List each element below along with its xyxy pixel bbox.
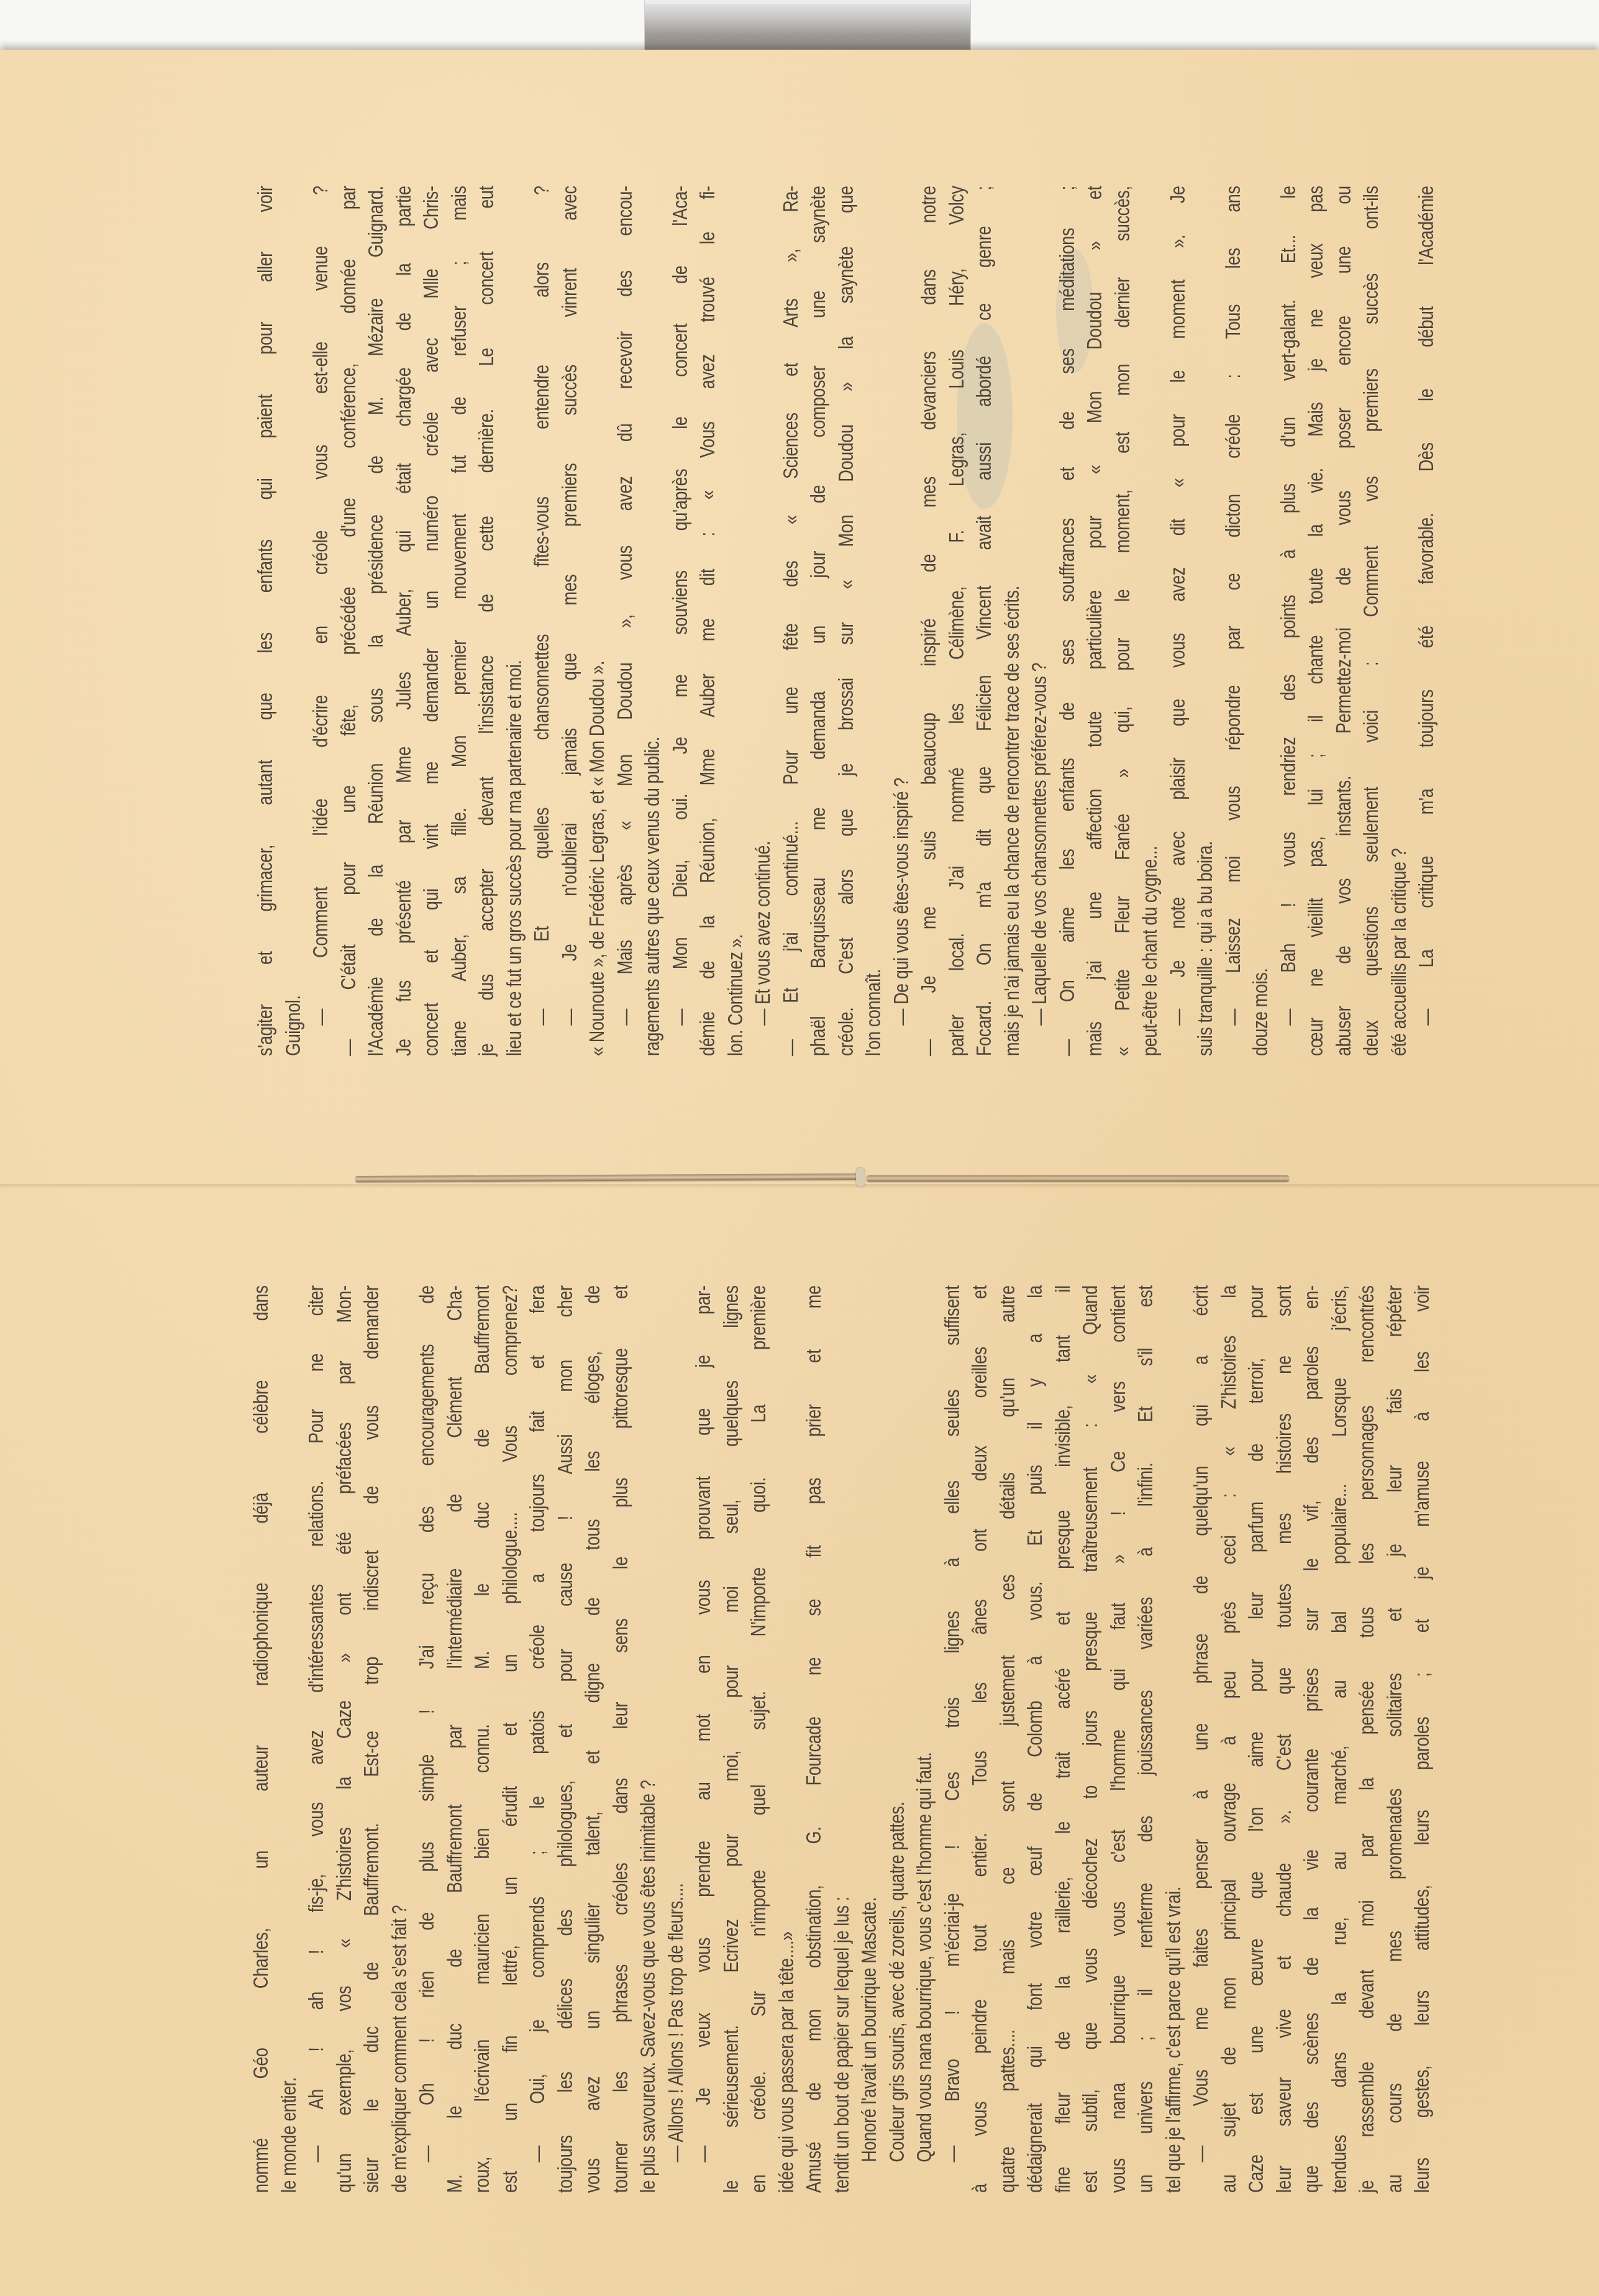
text-line: dédaignerait qui font votre œuf de Colom… [1021,1285,1049,2193]
text-line: — Bravo ! m'écriai-je ! Ces trois lignes… [939,1285,967,2193]
text-line: mais je n'ai jamais eu la chance de renc… [998,186,1026,1056]
text-line: — Oh ! rien de plus simple ! J'ai reçu d… [413,1285,441,2193]
text-line: — Laissez moi vous répondre par ce dicto… [1219,186,1247,1056]
text-line: créole. C'est alors que je brossai sur «… [832,186,860,1056]
text-line: peut-être le chant du cygne... [1136,186,1164,1056]
text-line: — Oui, je comprends ; le patois créole a… [524,1285,552,2193]
text-line: « Petite Fleur Fanée » qui, pour le mome… [1109,186,1137,1056]
text-line: — Ah ! ah ! fis-je, vous avez d'intéress… [303,1285,330,2193]
text-line: Je fus présenté par Mme Jules Auber, qui… [390,186,418,1056]
text-line: roux, l'écrivain mauricien bien connu. M… [468,1285,496,2193]
text-line: au cours de mes promenades solitaires et… [1381,1285,1409,2193]
text-line: — Et vous avez continué. [749,186,777,1056]
text-line: — La critique m'a toujours été favorable… [1413,186,1441,1056]
text-line: — De qui vous êtes-vous inspiré ? [888,186,916,1056]
text-line: nommé Géo Charles, un auteur radiophoniq… [247,1285,275,2193]
text-line: à vous peindre tout entier. Tous les âne… [966,1285,994,2193]
text-line: quatre pattes.... mais ce sont justement… [994,1285,1022,2193]
text-line: un univers ; il renferme des jouissances… [1132,1285,1160,2193]
text-line: suis tranquille : qui a bu boira. [1191,186,1219,1056]
text-line: ragements autres que ceux venus du publi… [639,186,667,1056]
text-line: tendues dans la rue, au marché, au bal p… [1326,1285,1354,2193]
text-line: l'on connaît. [860,186,888,1056]
text-line: M. le duc de Bauffremont par l'intermédi… [441,1285,469,2193]
text-line: est un fin lettré, un érudit et un philo… [496,1285,524,2193]
text-line: sieur le duc de Bauffremont. Est-ce trop… [358,1285,386,2193]
text-line: de m'expliquer comment cela s'est fait ? [386,1285,414,2193]
text-line: démie de la Réunion, Mme Auber me dit : … [694,186,722,1056]
text-line: — Je veux vous prendre au mot en vous pr… [690,1285,717,2193]
upper-page-text-column: s'agiter et grimacer, autant que les enf… [252,186,1441,1056]
text-line: lieu et ce fut un gros succès pour ma pa… [501,186,529,1056]
text-line: — Comment l'idée d'écrire en créole vous… [307,186,335,1056]
text-line: tourner les phrases créoles dans leur se… [607,1285,635,2193]
text-line: vous avez un singulier talent, et digne … [579,1285,607,2193]
text-line: Couleur gris souris, avec dé zoreils, qu… [883,1285,911,2193]
text-line: est subtil, que vous décochez to jours p… [1077,1285,1105,2193]
text-line: — Et j'ai continué... Pour une fête des … [777,186,805,1056]
text-line: leurs gestes, leurs attitudes, leurs par… [1408,1285,1436,2193]
text-line: Quand vous nana bourrique, vous c'est l'… [911,1285,939,2193]
text-line: abuser de vos instants. Permettez-moi de… [1330,186,1358,1056]
text-line: tendit un bout de papier sur lequel je l… [828,1285,856,2193]
text-line: Guignol. [280,186,307,1056]
text-line: — Et quelles chansonnettes fîtes-vous en… [528,186,556,1056]
text-line: en créole. Sur n'importe quel sujet. N'i… [745,1285,773,2193]
text-line: le monde entier. [275,1285,303,2193]
text-line: — Je me suis beaucoup inspiré de mes dev… [915,186,943,1056]
text-line: idée qui vous passera par la tête....» [773,1285,801,2193]
text-line: s'agiter et grimacer, autant que les enf… [252,186,280,1056]
text-line: je rassemble devant moi par la pensée to… [1353,1285,1381,2193]
lower-page-text-column: nommé Géo Charles, un auteur radiophoniq… [247,1286,1436,2193]
text-line: Caze est une œuvre que l'on aime pour le… [1242,1285,1270,2193]
text-line: le plus savoureux. Savez-vous que vous ê… [634,1285,662,2193]
text-line: — Allons ! Allons ! Pas trop de fleurs..… [662,1285,690,2193]
text-line: je dus accepter devant l'insistance de c… [473,186,501,1056]
text-line: — On aime les enfants de ses souffrances… [1054,186,1082,1056]
text-line: tel que je l'affirme, c'est parce qu'il … [1160,1285,1188,2193]
text-line: le sérieusement. Ecrivez pour moi, pour … [717,1285,745,2193]
text-line: — C'était pour une fête, précédée d'une … [335,186,363,1056]
text-line: lon. Continuez ». [722,186,750,1056]
text-line: deux questions seulement voici : Comment… [1357,186,1385,1056]
text-line: — Bah ! vous rendriez des points à plus … [1275,186,1303,1056]
text-line: que des scènes de la vie courante prises… [1298,1285,1326,2193]
text-line: fine fleur de la raillerie, le trait acé… [1049,1285,1077,2193]
text-line: Focard. On m'a dit que Félicien Vincent … [970,186,998,1056]
text-line: « Nounoute », de Frédéric Legras, et « M… [583,186,611,1056]
text-line: cœur ne vieillit pas, lui ; il chante to… [1302,186,1330,1056]
text-line: Amusé de mon obstination, G. Fourcade ne… [800,1285,828,2193]
text-line: — Mon Dieu, oui. Je me souviens qu'après… [667,186,695,1056]
text-line: — Je note avec plaisir que vous avez dit… [1164,186,1192,1056]
text-line: au sujet de mon principal ouvrage à peu … [1215,1285,1243,2193]
text-line: douze mois. [1247,186,1275,1056]
text-line: phaël Barquisseau me demanda un jour de … [804,186,832,1056]
text-line: concert et qui vint me demander un numér… [417,186,445,1056]
text-line: toujours les délices des philologues, et… [552,1285,580,2193]
scanner-lid-gap [644,0,971,51]
text-line: leur saveur vive et chaude ». C'est que … [1270,1285,1298,2193]
text-line: vous nana bourrique vous c'est l'homme q… [1105,1285,1132,2193]
text-line: — Mais après « Mon Doudou », vous avez d… [611,186,639,1056]
text-line: tiane Auber, sa fille. Mon premier mouve… [445,186,473,1056]
text-line: mais j'ai une affection toute particuliè… [1081,186,1109,1056]
text-line: été accueillis par la critique ? [1385,186,1413,1056]
text-line: l'Académie de la Réunion sous la préside… [362,186,390,1056]
text-line: — Vous me faites penser à une phrase de … [1187,1285,1215,2193]
text-line: parler local. J'ai nommé les Célimène, F… [943,186,971,1056]
text-line: — Laquelle de vos chansonnettes préférez… [1026,186,1054,1056]
text-line: Honoré l'avait un bourrique Mascate. [855,1285,883,2193]
text-line: qu'un exemple, vos « Z'histoires la Caze… [330,1285,358,2193]
text-line: — Je n'oublierai jamais que mes premiers… [556,186,584,1056]
